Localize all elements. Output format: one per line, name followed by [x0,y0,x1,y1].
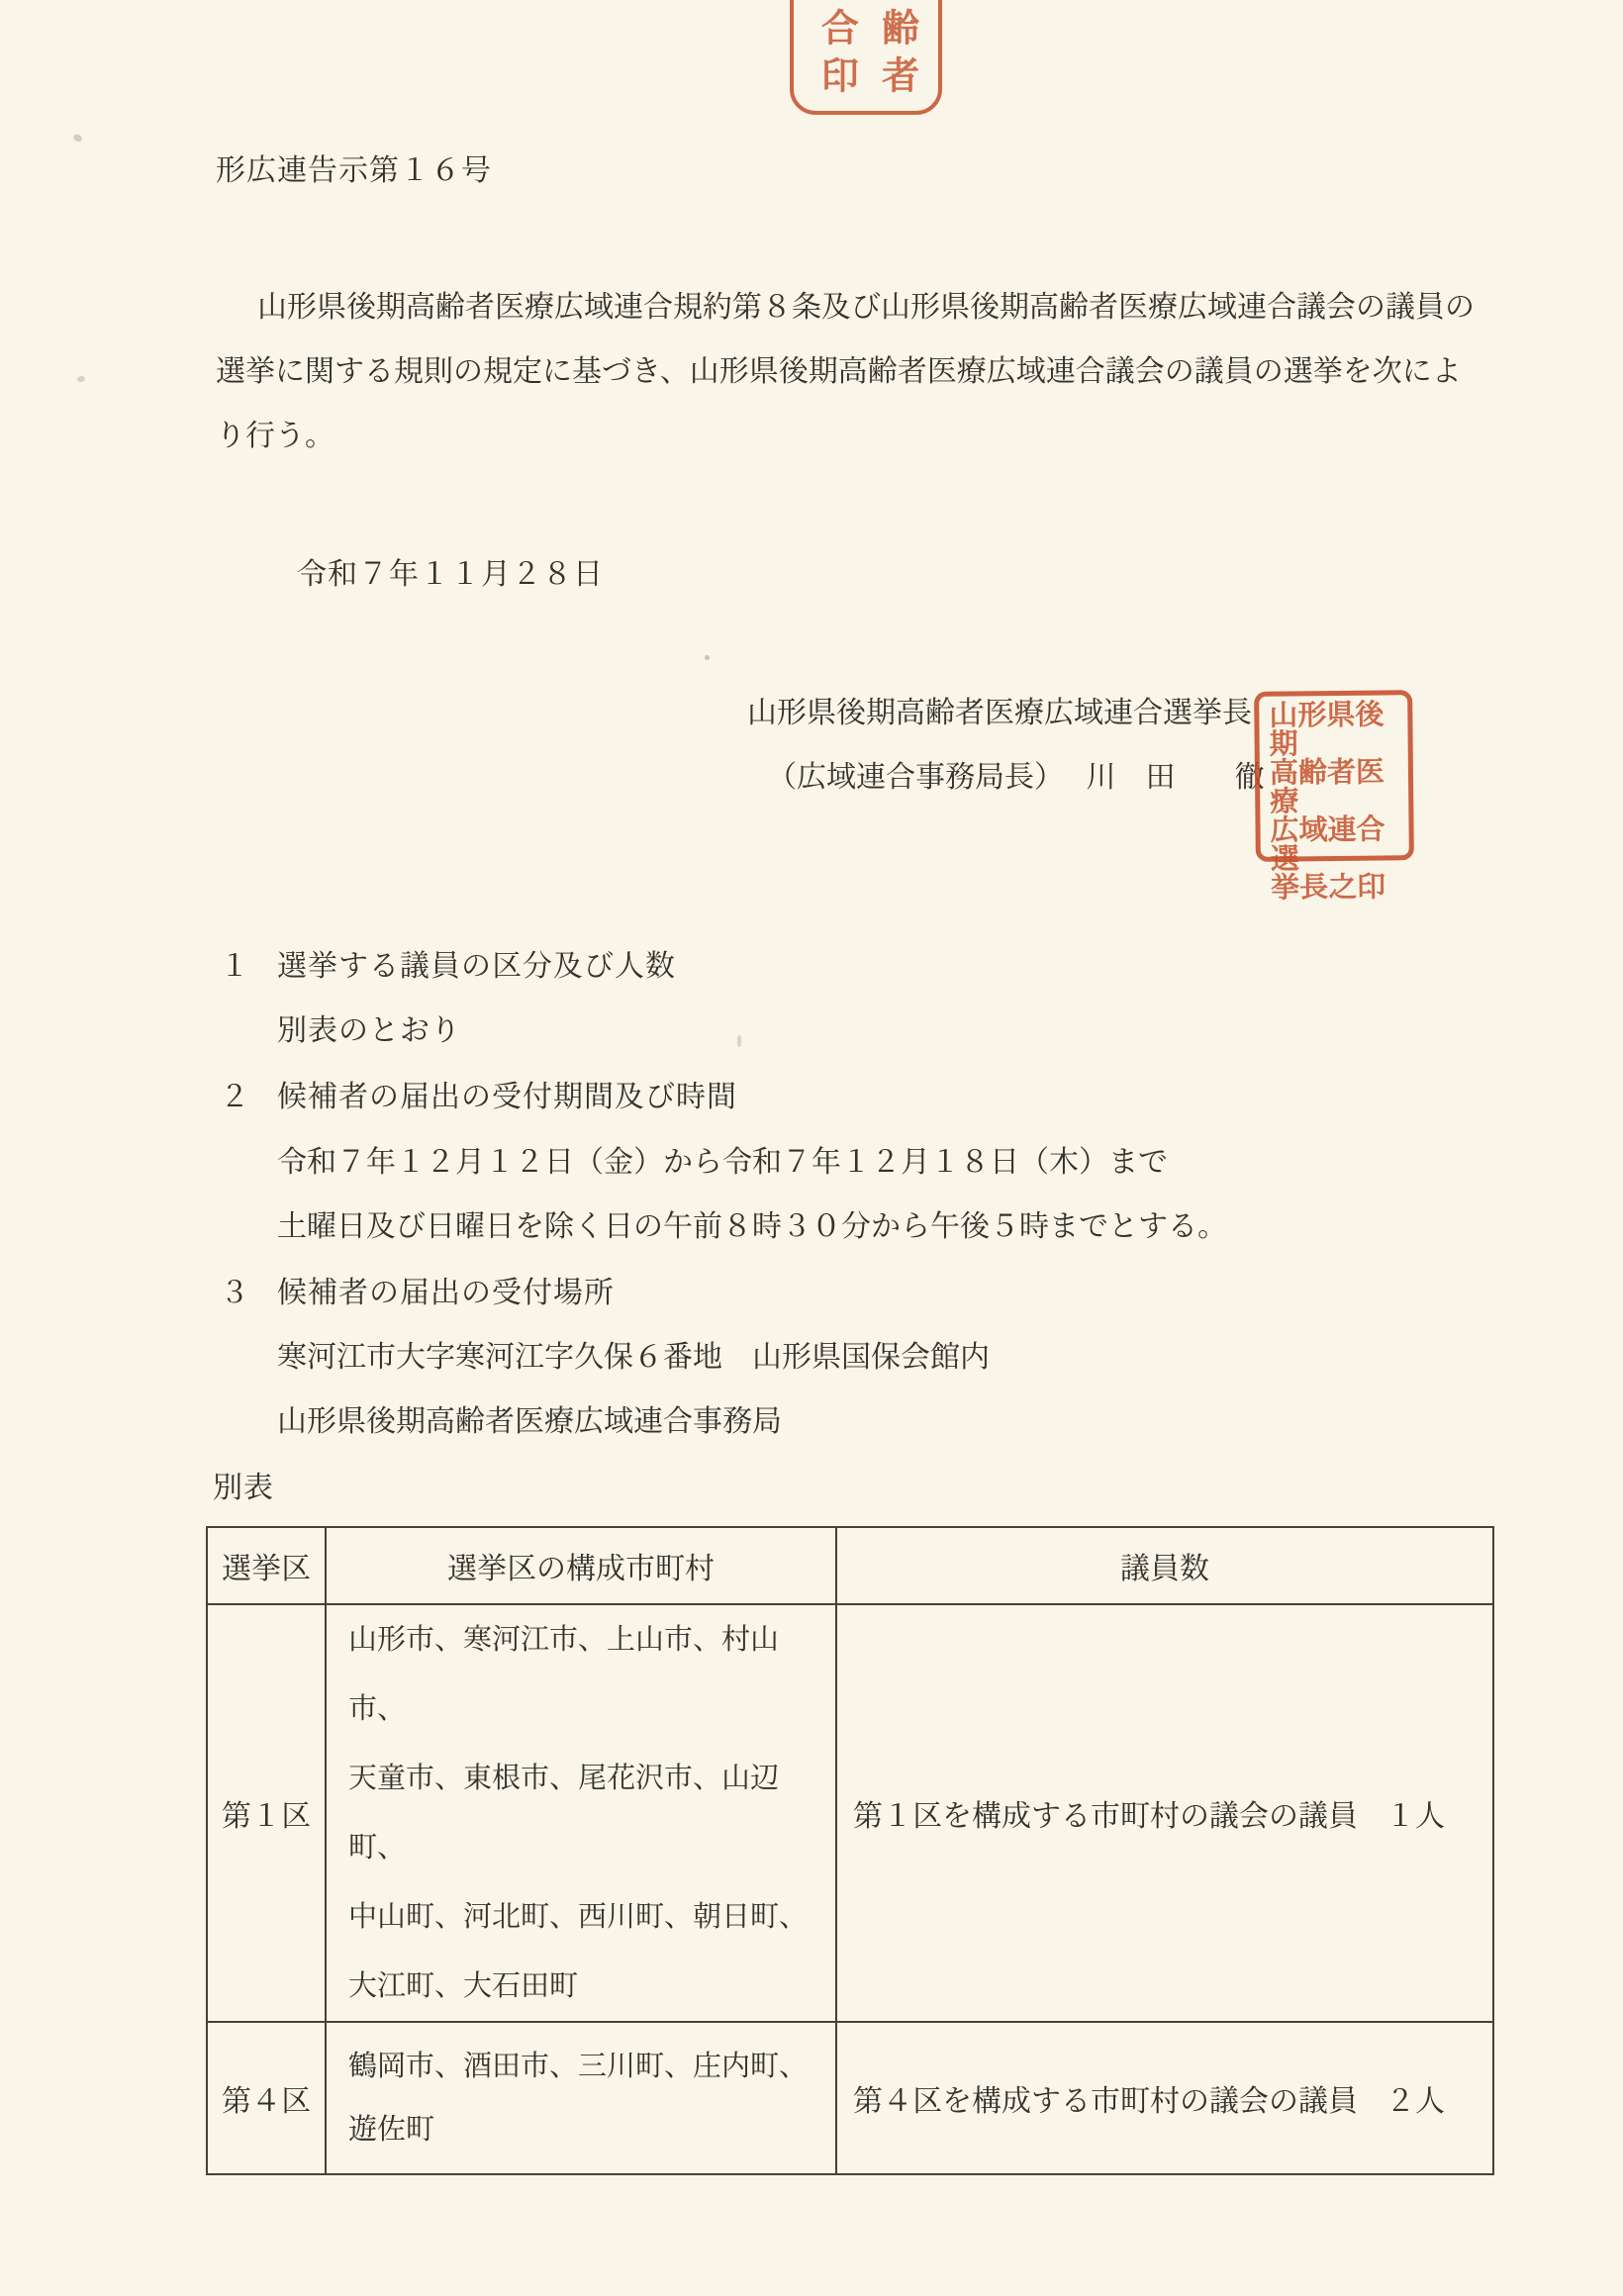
header-cell-member-count: 議員数 [836,1527,1493,1604]
doc-number: 形広連告示第１６号 [216,156,492,186]
item-3-number: ３ [220,1279,250,1308]
municipality-line: 山形市、寒河江市、上山市、村山市、 [348,1605,829,1744]
item-2-number: ２ [220,1083,250,1112]
document-page: 連合印 高齢者 形広連告示第１６号 山形県後期高齢者医療広域連合規約第８条及び山… [0,0,1623,2296]
item-3-title: 候補者の届出の受付場所 [277,1279,615,1308]
official-seal-election-officer: 山形県後期 高齢者医療 広域連合選 挙長之印 [1254,690,1414,862]
members-count: １人 [1385,1791,1445,1835]
seal-row: 広域連合選 [1270,815,1399,874]
appendix-label: 別表 [213,1474,274,1503]
municipalities-cell: 山形市、寒河江市、上山市、村山市、 天童市、東根市、尾花沢市、山辺町、 中山町、… [326,1604,836,2022]
opening-paragraph-line-3: り行う。 [216,422,334,451]
table-row: 第４区 鶴岡市、酒田市、三川町、庄内町、 遊佐町 第４区を構成する市町村の議会の… [207,2022,1493,2174]
item-3-line: 寒河江市大字寒河江字久保６番地 山形県国保会館内 [277,1343,990,1373]
table-row: 第１区 山形市、寒河江市、上山市、村山市、 天童市、東根市、尾花沢市、山辺町、 … [207,1604,1493,2022]
members-label: 第４区を構成する市町村の議会の議員 [853,2076,1358,2120]
item-3-line: 山形県後期高齢者医療広域連合事務局 [277,1407,782,1437]
table-header-row: 選挙区 選挙区の構成市町村 議員数 [207,1527,1493,1604]
scan-speck [76,375,85,383]
seal-row: 高齢者医療 [1270,758,1399,816]
seal-column-left: 連合印 [816,0,854,111]
item-1-title: 選挙する議員の区分及び人数 [277,952,676,982]
district-cell: 第１区 [207,1604,326,2022]
opening-paragraph-line-1: 山形県後期高齢者医療広域連合規約第８条及び山形県後期高齢者医療広域連合議会の議員… [257,293,1475,323]
seal-row: 山形県後期 [1269,701,1398,759]
municipalities-cell: 鶴岡市、酒田市、三川町、庄内町、 遊佐町 [326,2022,836,2174]
members-label: 第１区を構成する市町村の議会の議員 [853,1791,1358,1835]
item-2-line: 土曜日及び日曜日を除く日の午前８時３０分から午後５時までとする。 [277,1212,1227,1242]
municipality-line: 大江町、大石田町 [348,1952,829,2021]
appendix-table: 選挙区 選挙区の構成市町村 議員数 第１区 山形市、寒河江市、上山市、村山市、 … [206,1526,1494,2175]
municipality-line: 遊佐町 [348,2098,829,2161]
official-seal-top-partial: 連合印 高齢者 [790,0,942,115]
issue-date: 令和７年１１月２８日 [297,560,604,590]
district-cell: 第４区 [207,2022,326,2174]
members-cell: 第４区を構成する市町村の議会の議員 ２人 [836,2022,1493,2174]
item-1-line: 別表のとおり [277,1016,461,1046]
municipality-line: 鶴岡市、酒田市、三川町、庄内町、 [348,2035,829,2098]
scan-speck [72,133,83,143]
scan-speck [737,1035,741,1047]
header-cell-municipalities: 選挙区の構成市町村 [326,1527,836,1604]
item-2-line: 令和７年１２月１２日（金）から令和７年１２月１８日（木）まで [277,1148,1168,1178]
header-cell-district: 選挙区 [207,1527,326,1604]
municipality-line: 天童市、東根市、尾花沢市、山辺町、 [348,1744,829,1882]
municipality-line: 中山町、河北町、西川町、朝日町、 [348,1882,829,1952]
members-cell: 第１区を構成する市町村の議会の議員 １人 [836,1604,1493,2022]
issuer-name-line: （広域連合事務局長） 川 田 徹 [767,763,1265,793]
members-count: ２人 [1385,2076,1445,2120]
scan-speck [705,655,710,660]
opening-paragraph-line-2: 選挙に関する規則の規定に基づき、山形県後期高齢者医療広域連合議会の議員の選挙を次… [216,357,1462,387]
seal-row: 挙長之印 [1271,873,1399,903]
item-2-title: 候補者の届出の受付期間及び時間 [277,1083,737,1112]
issuer-title: 山形県後期高齢者医療広域連合選挙長 [747,699,1252,728]
seal-column-right: 高齢者 [878,0,915,111]
item-1-number: １ [220,952,250,982]
